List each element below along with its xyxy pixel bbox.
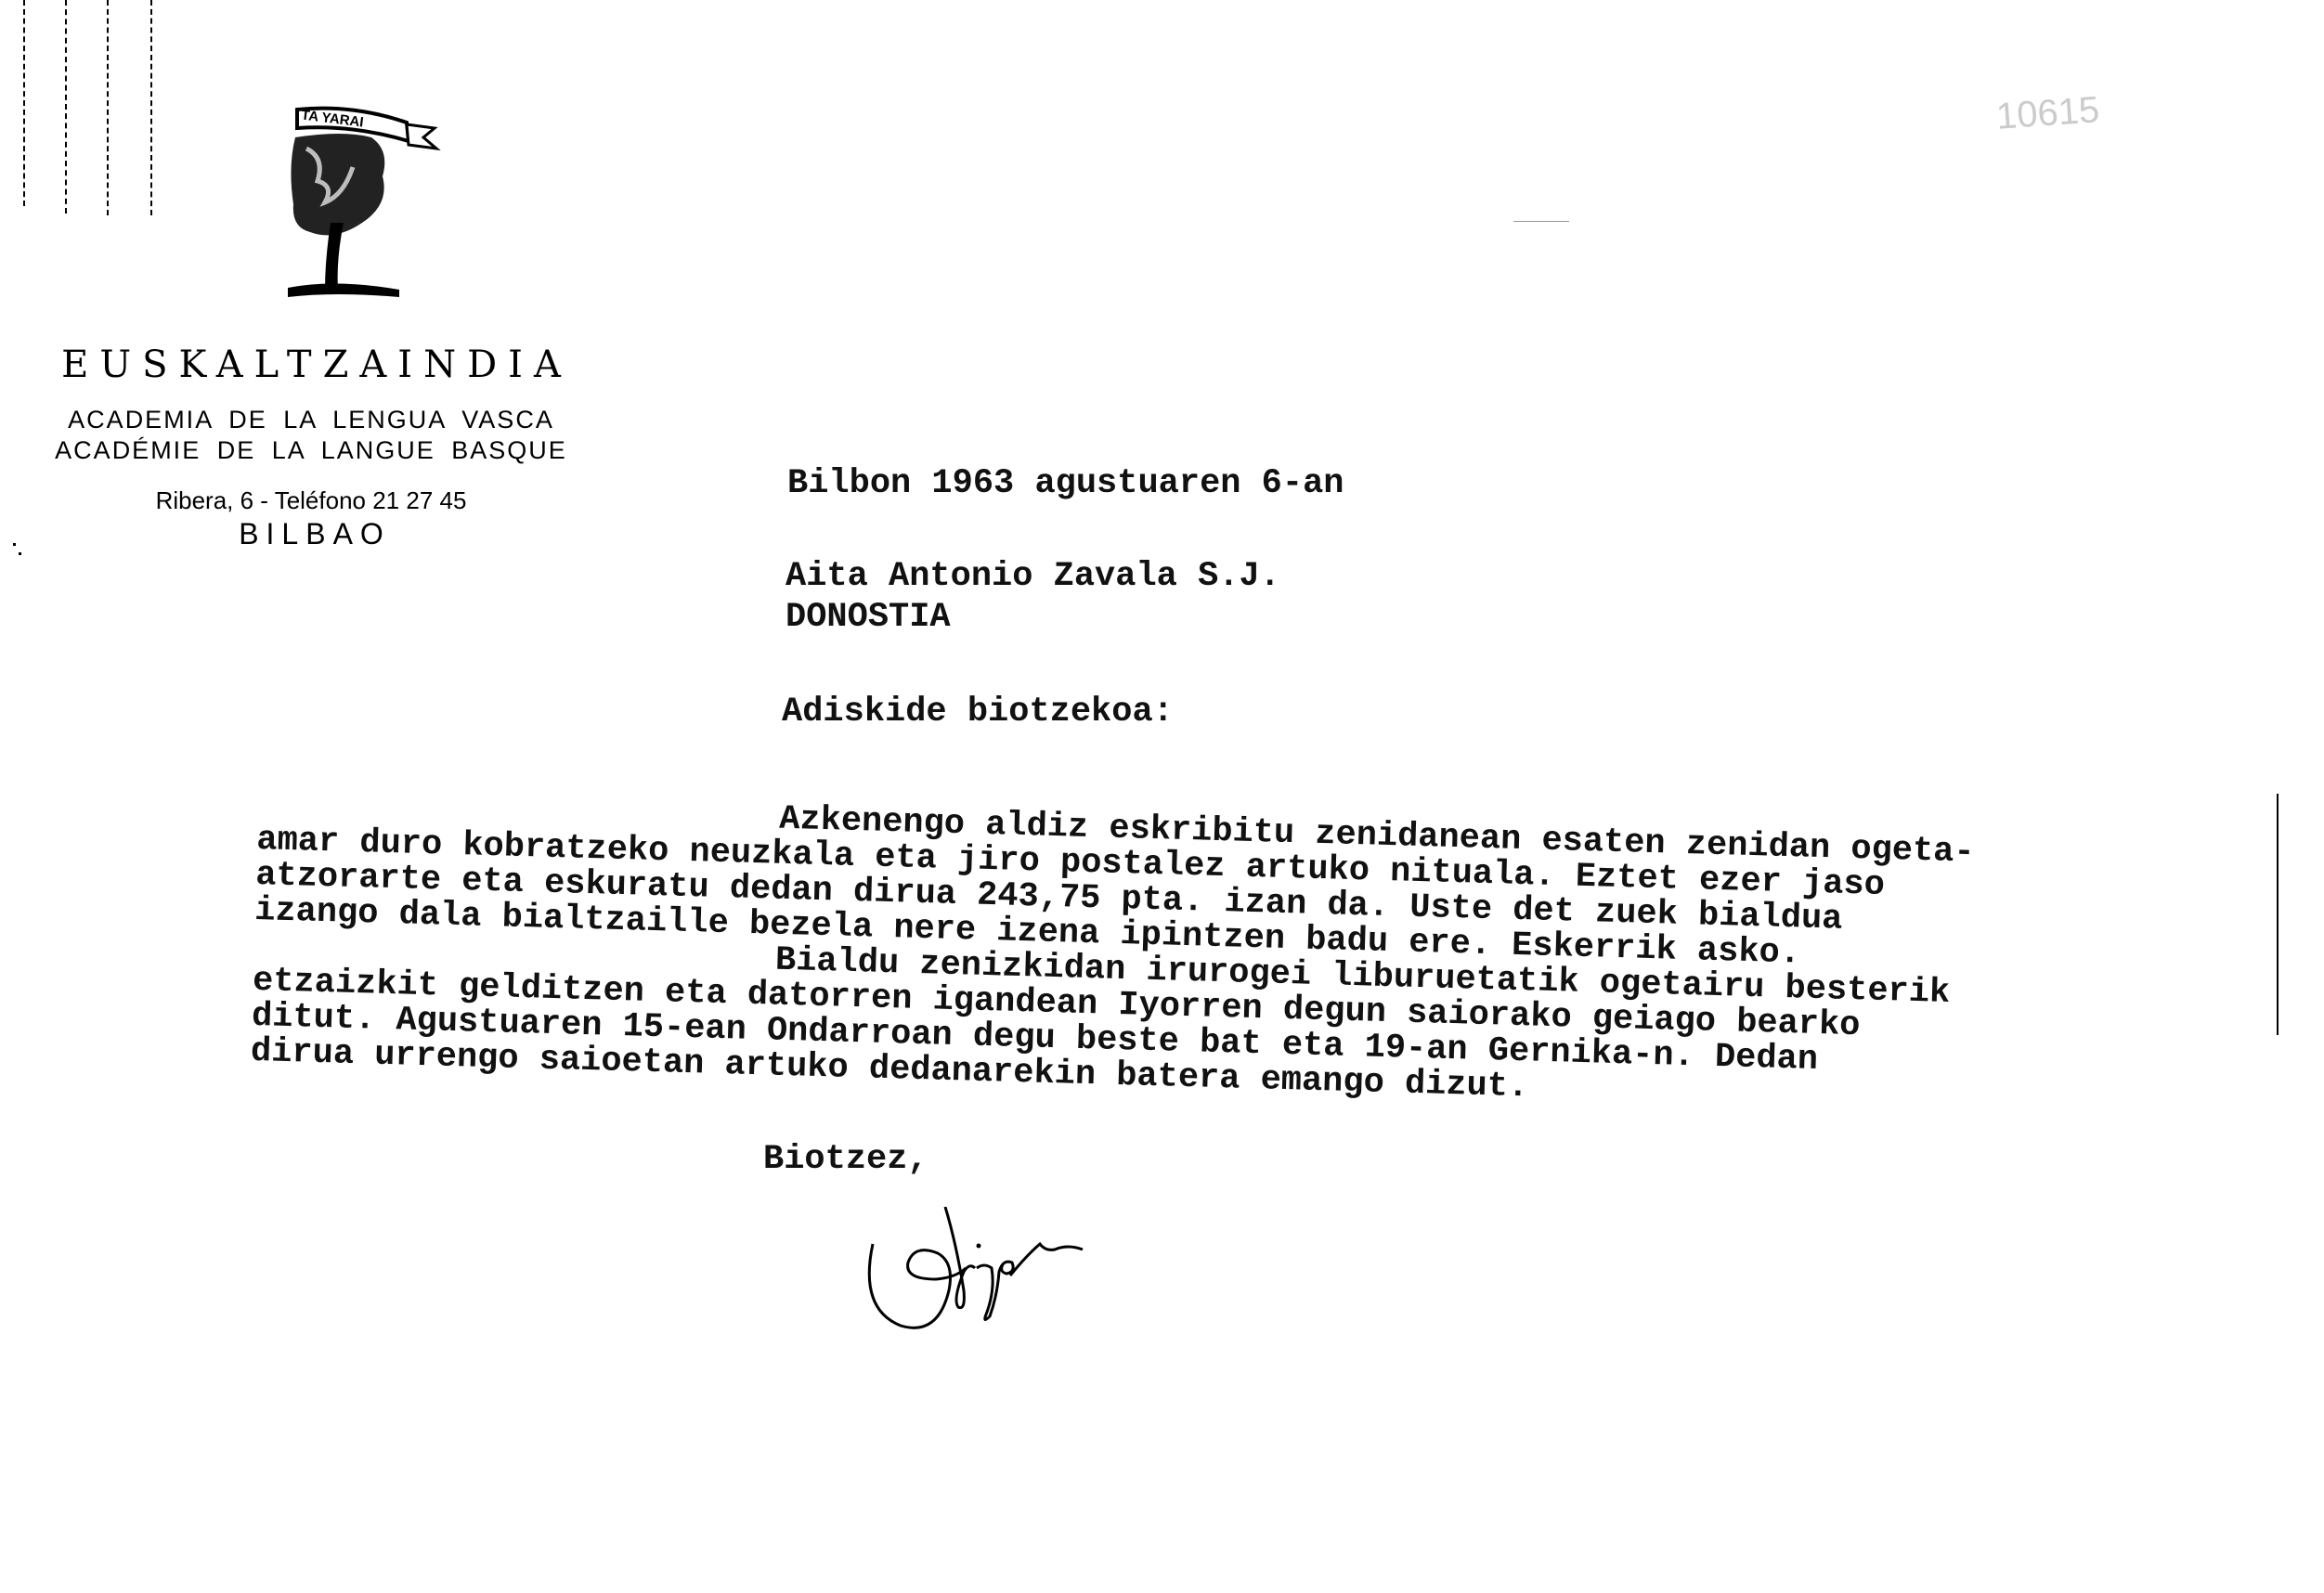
letter-body: Azkenengo aldiz eskribitu zenidanean esa… [251, 787, 1976, 1118]
recipient-city: DONOSTIA [785, 598, 951, 637]
speck [13, 543, 16, 546]
organization-city: BILBAO [37, 517, 585, 551]
organization-subtitle-es: ACADEMIA DE LA LENGUA VASCA [37, 405, 585, 435]
perforation-line [23, 0, 25, 206]
closing: Biotzez, [763, 1140, 928, 1179]
organization-subtitle-fr: ACADÉMIE DE LA LANGUE BASQUE [37, 435, 585, 466]
recipient-name: Aita Antonio Zavala S.J. [785, 557, 1280, 596]
archive-stamp: 10615 [1995, 89, 2101, 138]
letter-date: Bilbon 1963 agustuaren 6-an [787, 464, 1344, 503]
salutation: Adiskide biotzekoa: [782, 693, 1174, 732]
organization-address: Ribera, 6 - Teléfono 21 27 45 [37, 486, 585, 515]
signature-icon [863, 1207, 1161, 1346]
academy-logo-tree-icon: TA YARAI [269, 93, 446, 306]
perforation-line [107, 0, 109, 215]
speck [19, 552, 21, 555]
organization-name: EUSKALTZAINDIA [37, 343, 585, 386]
perforation-line [150, 0, 152, 215]
speck [1513, 221, 1569, 222]
perforation-line [65, 0, 67, 214]
letterhead: EUSKALTZAINDIA ACADEMIA DE LA LENGUA VAS… [37, 343, 585, 551]
page-edge-line [2277, 794, 2279, 1035]
